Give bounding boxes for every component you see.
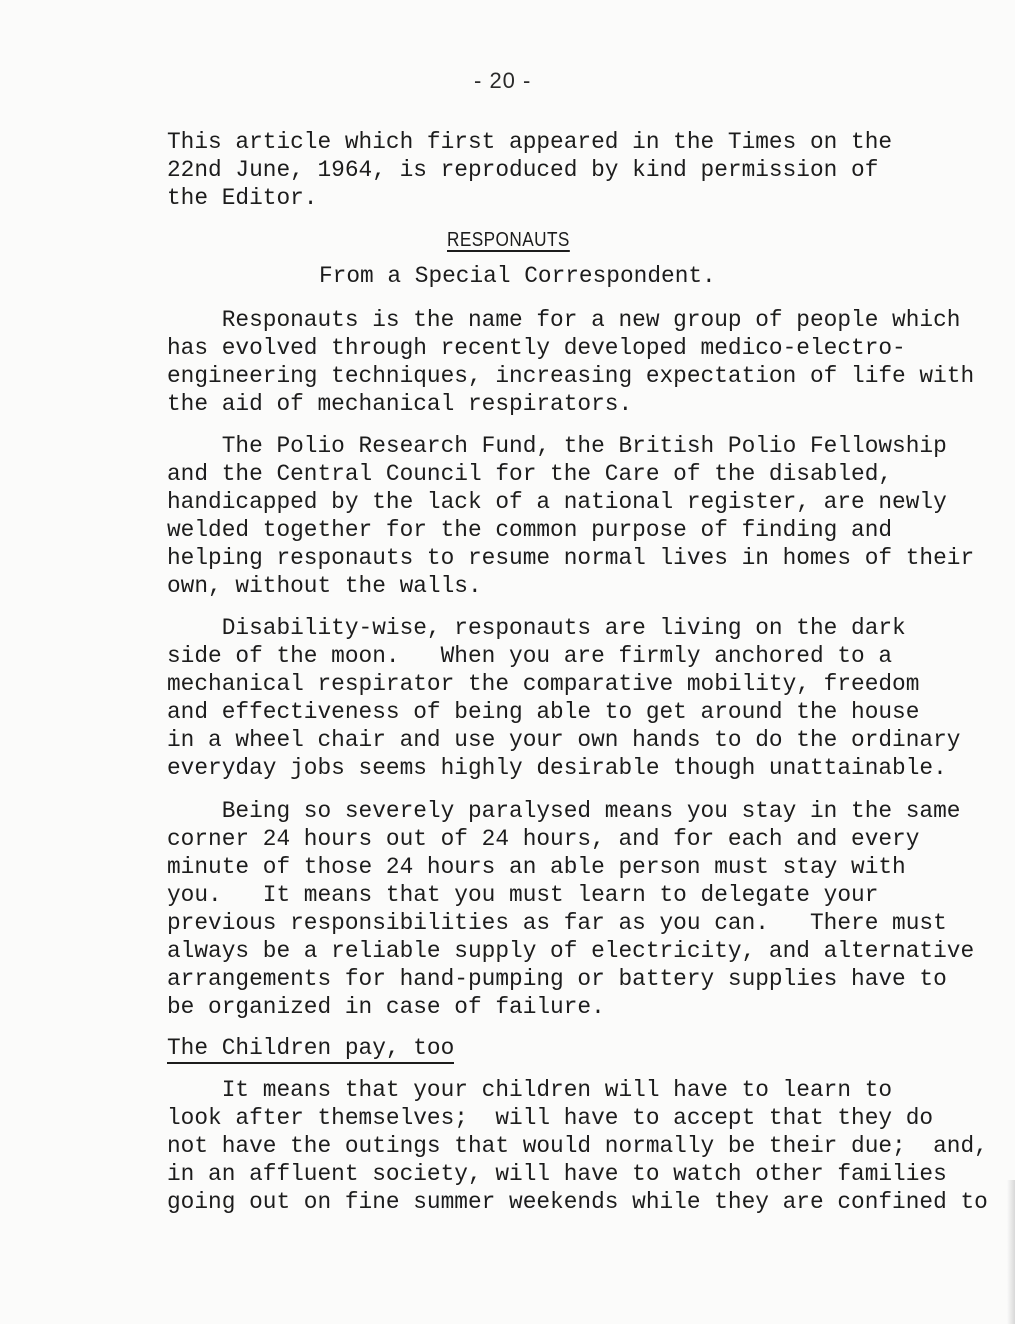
text-line: Being so severely paralysed means you st… bbox=[167, 797, 960, 825]
text-line: side of the moon. When you are firmly an… bbox=[167, 642, 892, 670]
text-line: minute of those 24 hours an able person … bbox=[167, 853, 906, 881]
text-line: you. It means that you must learn to del… bbox=[167, 881, 878, 909]
text-line: not have the outings that would normally… bbox=[167, 1132, 988, 1160]
text-line: and the Central Council for the Care of … bbox=[167, 460, 892, 488]
text-line: mechanical respirator the comparative mo… bbox=[167, 670, 919, 698]
text-line: Responauts is the name for a new group o… bbox=[167, 306, 960, 334]
text-line: everyday jobs seems highly desirable tho… bbox=[167, 754, 947, 782]
text-line: going out on fine summer weekends while … bbox=[167, 1188, 988, 1216]
text-line: has evolved through recently developed m… bbox=[167, 334, 906, 362]
intro-line: 22nd June, 1964, is reproduced by kind p… bbox=[167, 156, 878, 184]
text-line: arrangements for hand-pumping or battery… bbox=[167, 965, 947, 993]
intro-line: This article which first appeared in the… bbox=[167, 128, 892, 156]
text-line: look after themselves; will have to acce… bbox=[167, 1104, 933, 1132]
page-edge-shadow bbox=[1007, 1180, 1015, 1324]
text-line: previous responsibilities as far as you … bbox=[167, 909, 947, 937]
text-line: and effectiveness of being able to get a… bbox=[167, 698, 919, 726]
text-line: be organized in case of failure. bbox=[167, 993, 605, 1021]
text-line: The Polio Research Fund, the British Pol… bbox=[167, 432, 947, 460]
text-line: the aid of mechanical respirators. bbox=[167, 390, 632, 418]
text-line: It means that your children will have to… bbox=[167, 1076, 892, 1104]
text-line: helping responauts to resume normal live… bbox=[167, 544, 974, 572]
section-subheading: The Children pay, too bbox=[167, 1034, 454, 1064]
article-title: RESPONAUTS bbox=[447, 229, 570, 252]
intro-line: the Editor. bbox=[167, 184, 317, 212]
text-line: always be a reliable supply of electrici… bbox=[167, 937, 974, 965]
text-line: own, without the walls. bbox=[167, 572, 482, 600]
text-line: engineering techniques, increasing expec… bbox=[167, 362, 974, 390]
text-line: corner 24 hours out of 24 hours, and for… bbox=[167, 825, 919, 853]
document-page: - 20 - This article which first appeared… bbox=[0, 0, 1015, 1324]
text-line: in an affluent society, will have to wat… bbox=[167, 1160, 947, 1188]
text-line: in a wheel chair and use your own hands … bbox=[167, 726, 960, 754]
text-line: handicapped by the lack of a national re… bbox=[167, 488, 947, 516]
text-line: Disability-wise, responauts are living o… bbox=[167, 614, 906, 642]
page-number: - 20 - bbox=[474, 68, 531, 94]
text-line: welded together for the common purpose o… bbox=[167, 516, 892, 544]
article-byline: From a Special Correspondent. bbox=[319, 262, 716, 290]
